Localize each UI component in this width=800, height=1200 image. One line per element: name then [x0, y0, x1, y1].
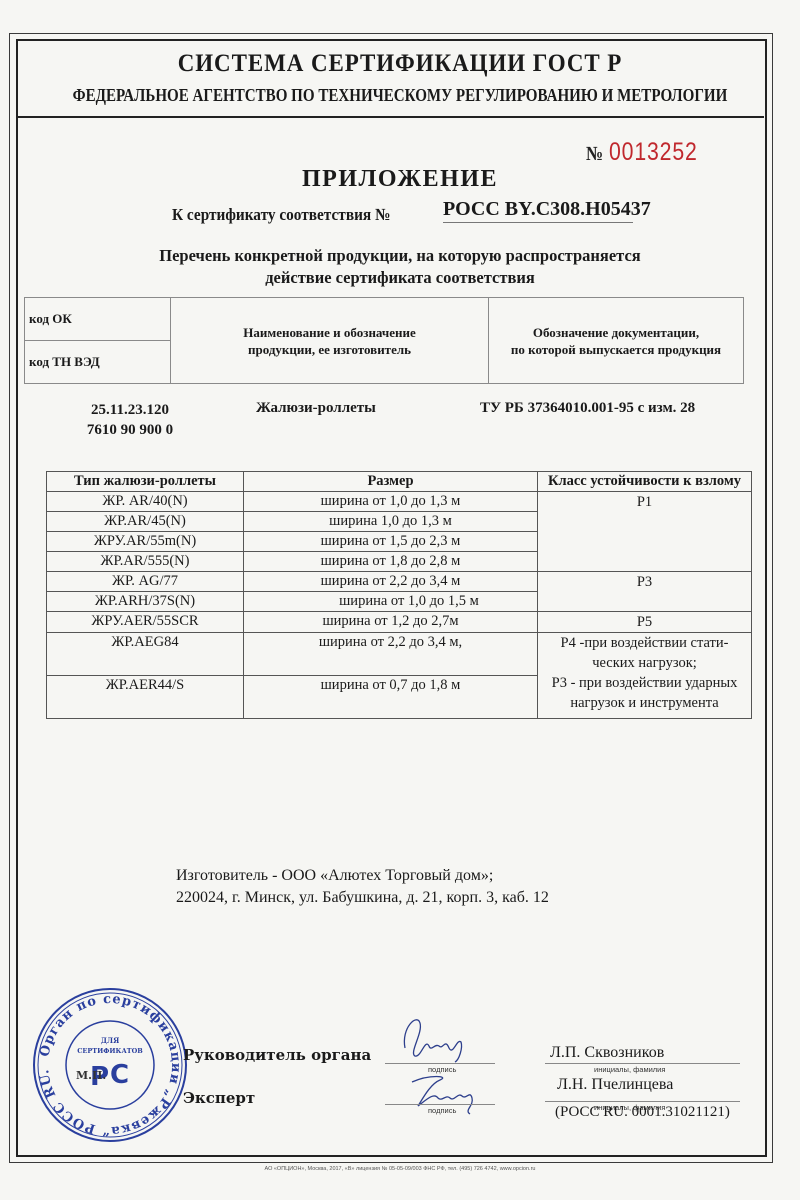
expert-signature-line: [385, 1104, 495, 1105]
type-cell: ЖР.AR/555(N): [47, 552, 244, 572]
type-cell: ЖРУ.AR/55m(N): [47, 532, 244, 552]
col-size: Размер: [244, 472, 538, 492]
doc-header-line2: по которой выпускается продукция: [490, 341, 742, 358]
name-header-line2: продукции, ее изготовитель: [172, 341, 487, 358]
class-line: нагрузок и инструмента: [541, 693, 748, 713]
document-heading: ПРИЛОЖЕНИЕ: [0, 166, 800, 193]
cert-label-text: К сертификату соответствия №: [172, 205, 390, 225]
table-row: ЖРУ.AER/55SCR ширина от 1,2 до 2,7м P5: [47, 612, 752, 633]
expert-registration: (РОСС RU. 0001.31021121): [555, 1104, 730, 1121]
manufacturer-line1: Изготовитель - ООО «Алютех Торговый дом»…: [176, 865, 549, 887]
class-cell: P5: [538, 612, 752, 633]
cert-number: РОСС BY.C308.H05437: [443, 198, 633, 223]
manufacturer-address: 220024, г. Минск, ул. Бабушкина, д. 21, …: [176, 887, 549, 909]
name-header: Наименование и обозначение продукции, ее…: [171, 298, 489, 384]
size-cell: ширина 1,0 до 1,3 м: [244, 512, 538, 532]
manufacturer-info: Изготовитель - ООО «Алютех Торговый дом»…: [176, 865, 549, 909]
code-ok-value: 25.11.23.120: [70, 400, 190, 420]
size-cell: ширина от 1,8 до 2,8 м: [244, 552, 538, 572]
system-title: СИСТЕМА СЕРТИФИКАЦИИ ГОСТ Р: [32, 50, 768, 78]
type-cell: ЖР.ARH/37S(N): [47, 592, 244, 612]
product-name: Жалюзи-роллеты: [256, 400, 376, 417]
class-line: P3 - при воздействии ударных: [541, 673, 748, 693]
certification-stamp-icon: Орган по сертификации „Ржевка“ РОСС RU.0…: [30, 985, 190, 1145]
serial-number: № 0013252: [586, 138, 698, 167]
code-tnved-label: код ТН ВЭД: [25, 341, 171, 384]
head-name-line: [545, 1063, 740, 1064]
product-documentation: ТУ РБ 37364010.001-95 с изм. 28: [480, 400, 695, 417]
size-cell: ширина от 2,2 до 3,4 м,: [244, 633, 538, 676]
expert-label: Эксперт: [183, 1089, 255, 1107]
table-row: ЖР. AR/40(N) ширина от 1,0 до 1,3 м P1: [47, 492, 752, 512]
spec-table: Тип жалюзи-роллеты Размер Класс устойчив…: [46, 471, 752, 719]
class-line: ческих нагрузок;: [541, 653, 748, 673]
type-cell: ЖР.AER44/S: [47, 676, 244, 719]
number-sign: №: [586, 143, 603, 165]
size-cell: ширина от 1,2 до 2,7м: [244, 612, 538, 633]
head-label: Руководитель органа: [183, 1046, 371, 1064]
type-cell: ЖР. AR/40(N): [47, 492, 244, 512]
size-cell: ширина от 2,2 до 3,4 м: [244, 572, 538, 592]
svg-text:C: C: [110, 1060, 129, 1090]
printer-imprint: АО «ОПЦИОН», Москва, 2017, «В» лицензия …: [0, 1166, 800, 1172]
class-cell: P4 -при воздействии стати- ческих нагруз…: [538, 633, 752, 719]
title-divider: [17, 116, 764, 118]
doc-header: Обозначение документации, по которой вып…: [489, 298, 744, 384]
class-cell: P1: [538, 492, 752, 572]
size-cell: ширина от 0,7 до 1,8 м: [244, 676, 538, 719]
head-name: Л.П. Сквозников: [550, 1044, 664, 1062]
type-cell: ЖР.AEG84: [47, 633, 244, 676]
size-cell: ширина от 1,5 до 2,3 м: [244, 532, 538, 552]
type-cell: ЖРУ.AER/55SCR: [47, 612, 244, 633]
name-caption: инициалы, фамилия: [594, 1065, 665, 1074]
svg-text:ДЛЯ: ДЛЯ: [101, 1036, 120, 1045]
table-row: ЖР. AG/77 ширина от 2,2 до 3,4 м P3: [47, 572, 752, 592]
class-line: P4 -при воздействии стати-: [541, 633, 748, 653]
agency-title: ФЕДЕРАЛЬНОЕ АГЕНТСТВО ПО ТЕХНИЧЕСКОМУ РЕ…: [56, 85, 744, 106]
product-codes: 25.11.23.120 7610 90 900 0: [70, 400, 190, 440]
expert-name: Л.Н. Пчелинцева: [557, 1076, 673, 1094]
list-title-line2: действие сертификата соответствия: [0, 267, 800, 289]
table-row: ЖР.AEG84 ширина от 2,2 до 3,4 м, P4 -при…: [47, 633, 752, 676]
expert-name-line: [545, 1101, 740, 1102]
head-signature-icon: [395, 1008, 475, 1063]
doc-header-line1: Обозначение документации,: [490, 324, 742, 341]
svg-text:М.П.: М.П.: [76, 1069, 106, 1082]
cert-label: К сертификату соответствия №: [172, 205, 415, 225]
serial-value: 0013252: [609, 138, 698, 166]
size-cell: ширина от 1,0 до 1,3 м: [244, 492, 538, 512]
head-signature-line: [385, 1063, 495, 1064]
size-cell: ширина от 1,0 до 1,5 м: [244, 592, 538, 612]
list-title-line1: Перечень конкретной продукции, на котору…: [0, 245, 800, 267]
type-cell: ЖР. AG/77: [47, 572, 244, 592]
code-ok-label: код ОК: [25, 298, 171, 341]
col-type: Тип жалюзи-роллеты: [47, 472, 244, 492]
type-cell: ЖР.AR/45(N): [47, 512, 244, 532]
code-tnved-value: 7610 90 900 0: [70, 420, 190, 440]
name-header-line1: Наименование и обозначение: [172, 324, 487, 341]
signature-caption: подпись: [428, 1106, 456, 1115]
svg-text:СЕРТИФИКАТОВ: СЕРТИФИКАТОВ: [77, 1047, 143, 1055]
class-cell: P3: [538, 572, 752, 612]
list-title: Перечень конкретной продукции, на котору…: [0, 245, 800, 289]
col-class: Класс устойчивости к взлому: [538, 472, 752, 492]
header-table: код ОК Наименование и обозначение продук…: [24, 297, 744, 384]
